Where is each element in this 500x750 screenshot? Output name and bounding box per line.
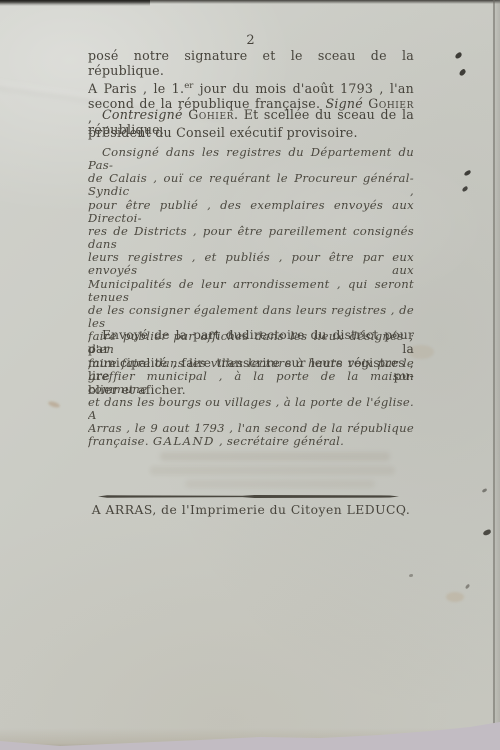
paragraph-countersign: Contresigné Gohier. Et scellée du sceau … xyxy=(88,108,414,138)
ink-speck xyxy=(465,584,471,590)
text-line: posé notre signature et le sceau de la r… xyxy=(88,49,414,79)
paragraph-consignment: Consigné dans les registres du Départeme… xyxy=(88,146,414,449)
text-line: Consigné dans les registres du Départeme… xyxy=(88,146,414,172)
printer-imprint: A ARRAS, de l'Imprimerie du Citoyen LEDU… xyxy=(88,503,414,517)
text-line: française. GALAND , secrétaire général. xyxy=(88,435,414,448)
text-line: res de Districts , pour être pareillemen… xyxy=(88,225,414,251)
ink-speck xyxy=(463,170,471,177)
deckle-edge-shadow xyxy=(0,728,500,750)
page-number: 2 xyxy=(88,33,414,48)
ink-speck xyxy=(482,529,491,536)
swelled-rule xyxy=(98,495,399,498)
text-line: de Calais , ouï ce requérant le Procureu… xyxy=(88,172,414,198)
text-line: pour être publié , des exemplaires envoy… xyxy=(88,199,414,225)
page-edge-line xyxy=(493,0,495,724)
text-line: blier et aficher. xyxy=(88,384,414,398)
ink-speck xyxy=(454,52,463,60)
text-line: municipalité , faire transcrire sur leur… xyxy=(88,357,414,385)
photographed-document: 2 posé notre signature et le sceau de la… xyxy=(0,0,500,750)
text-column: 2 posé notre signature et le sceau de la… xyxy=(88,0,414,750)
text-line: de les consigner également dans leurs re… xyxy=(88,304,414,330)
text-line: Envoyé de la part dudirectoire du distri… xyxy=(88,329,414,357)
ink-speck xyxy=(458,68,467,76)
text-line: république. xyxy=(88,123,414,138)
foxing-spot xyxy=(446,592,464,602)
paper-sheet: 2 posé notre signature et le sceau de la… xyxy=(0,0,500,750)
paragraph-dispatch: Envoyé de la part dudirectoire du distri… xyxy=(88,329,414,398)
ink-speck xyxy=(461,186,468,192)
foxing-spot xyxy=(48,400,61,408)
text-line: Municipalités de leur arrondissement , q… xyxy=(88,278,414,304)
text-line: A Paris , le 1.er jour du mois d'août 17… xyxy=(88,79,414,97)
ink-speck xyxy=(482,488,488,493)
text-line: Contresigné Gohier. Et scellée du sceau … xyxy=(88,108,414,123)
text-line: et dans les bourgs ou villages , à la po… xyxy=(88,396,414,422)
text-line: leurs registres , et publiés , pour être… xyxy=(88,251,414,277)
